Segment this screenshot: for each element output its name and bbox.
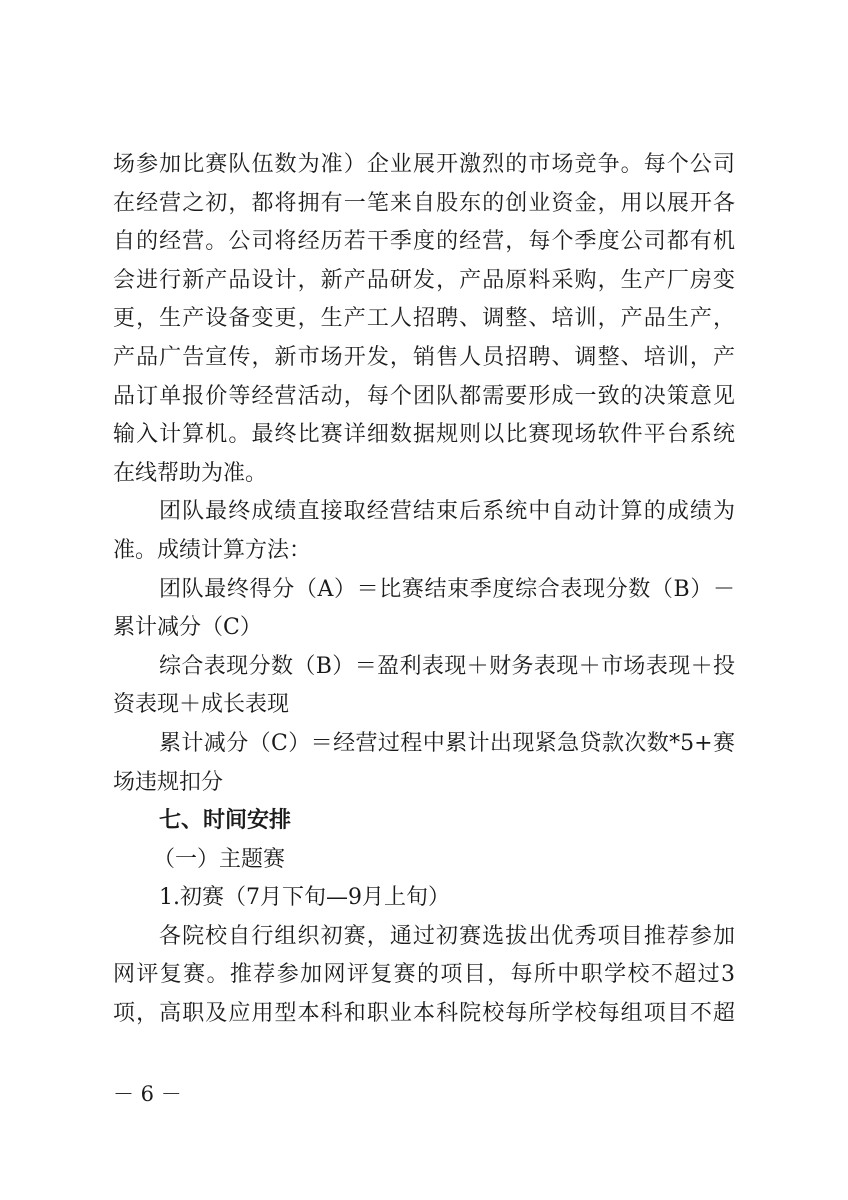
- text-line: 场违规扣分: [113, 764, 735, 803]
- text-line: 团队最终得分（A）＝比赛结束季度综合表现分数（B）－: [113, 571, 735, 610]
- formula-final-score: 团队最终得分（A）＝比赛结束季度综合表现分数（B）－ 累计减分（C）: [113, 571, 735, 648]
- text-line: 准。成绩计算方法：: [113, 532, 735, 571]
- document-body: 场参加比赛队伍数为准）企业展开激烈的市场竞争。每个公司 在经营之初，都将拥有一笔…: [113, 146, 735, 1034]
- text-line: 产品广告宣传，新市场开发，销售人员招聘、调整、培训，产: [113, 339, 735, 378]
- text-line: 自的经营。公司将经历若干季度的经营，每个季度公司都有机: [113, 223, 735, 262]
- text-line: 各院校自行组织初赛，通过初赛选拔出优秀项目推荐参加: [113, 918, 735, 957]
- text-line: 品订单报价等经营活动，每个团队都需要形成一致的决策意见: [113, 378, 735, 417]
- text-line: 输入计算机。最终比赛详细数据规则以比赛现场软件平台系统: [113, 416, 735, 455]
- section-heading: 七、时间安排: [113, 802, 735, 841]
- page-number: － 6 －: [113, 1078, 182, 1108]
- paragraph-scoring-intro: 团队最终成绩直接取经营结束后系统中自动计算的成绩为 准。成绩计算方法：: [113, 493, 735, 570]
- text-line: 资表现＋成长表现: [113, 686, 735, 725]
- text-line: 在线帮助为准。: [113, 455, 735, 494]
- paragraph-preliminary-round: 各院校自行组织初赛，通过初赛选拔出优秀项目推荐参加 网评复赛。推荐参加网评复赛的…: [113, 918, 735, 1034]
- text-line: 综合表现分数（B）＝盈利表现＋财务表现＋市场表现＋投: [113, 648, 735, 687]
- text-line: 累计减分（C）: [113, 609, 735, 648]
- text-line: 在经营之初，都将拥有一笔来自股东的创业资金，用以展开各: [113, 185, 735, 224]
- formula-composite-score: 综合表现分数（B）＝盈利表现＋财务表现＋市场表现＋投 资表现＋成长表现: [113, 648, 735, 725]
- text-line: 累计减分（C）＝经营过程中累计出现紧急贷款次数*5+赛: [113, 725, 735, 764]
- subsection-heading: （一）主题赛: [113, 841, 735, 880]
- text-line: 会进行新产品设计，新产品研发，产品原料采购，生产厂房变: [113, 262, 735, 301]
- text-line: 团队最终成绩直接取经营结束后系统中自动计算的成绩为: [113, 493, 735, 532]
- item-heading: 1.初赛（7月下旬—9月上旬）: [113, 879, 735, 918]
- formula-deductions: 累计减分（C）＝经营过程中累计出现紧急贷款次数*5+赛 场违规扣分: [113, 725, 735, 802]
- text-line: 更，生产设备变更，生产工人招聘、调整、培训，产品生产，: [113, 300, 735, 339]
- text-line: 场参加比赛队伍数为准）企业展开激烈的市场竞争。每个公司: [113, 146, 735, 185]
- text-line: 网评复赛。推荐参加网评复赛的项目，每所中职学校不超过3: [113, 956, 735, 995]
- paragraph-competition-description: 场参加比赛队伍数为准）企业展开激烈的市场竞争。每个公司 在经营之初，都将拥有一笔…: [113, 146, 735, 493]
- text-line: 项，高职及应用型本科和职业本科院校每所学校每组项目不超: [113, 995, 735, 1034]
